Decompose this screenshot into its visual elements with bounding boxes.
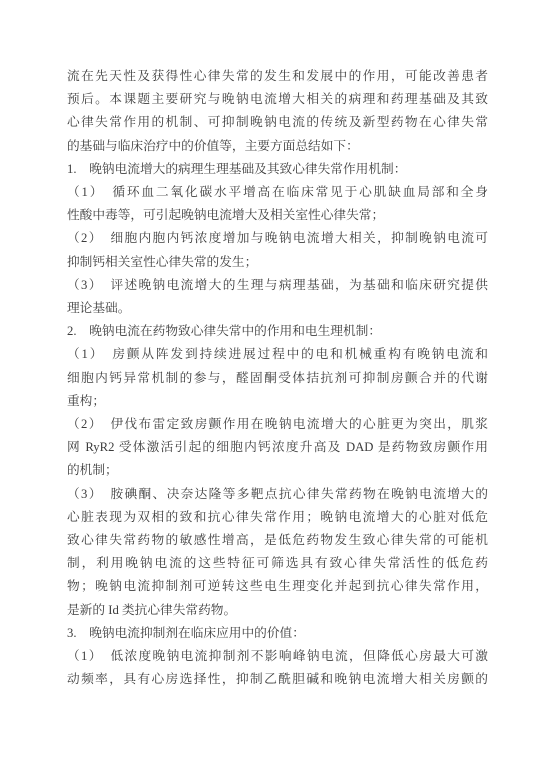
text-line: 抑制钙相关室性心律失常的发生； xyxy=(67,251,488,274)
text-line: 网 RyR2 受体激活引起的细胞内钙浓度升高及 DAD 是药物致房颤作用 xyxy=(67,436,488,459)
text-line: 心律失常作用的机制、可抑制晚钠电流的传统及新型药物在心律失常 xyxy=(67,111,488,134)
document-background: { "page": { "background_color": "#ffffff… xyxy=(0,0,542,768)
text-line: （1） 房颤从阵发到持续进展过程中的电和机械重构有晚钠电流和 xyxy=(67,343,488,366)
text-line: （2） 伊伐布雷定致房颤作用在晚钠电流增大的心脏更为突出，肌浆 xyxy=(67,413,488,436)
text-line: （1） 循环血二氧化碳水平增高在临床常见于心肌缺血局部和全身 xyxy=(67,181,488,204)
document-page: 流在先天性及获得性心律失常的发生和发展中的作用，可能改善患者 预后。本课题主要研… xyxy=(67,65,488,691)
text-line: （1） 低浓度晚钠电流抑制剂不影响峰钠电流，但降低心房最大可激 xyxy=(67,645,488,668)
text-line: 重构； xyxy=(67,390,488,413)
text-line: 流在先天性及获得性心律失常的发生和发展中的作用，可能改善患者 xyxy=(67,65,488,88)
text-line: 制，利用晚钠电流的这些特征可筛选具有致心律失常活性的低危药 xyxy=(67,552,488,575)
section-heading: 1. 晚钠电流增大的病理生理基础及其致心律失常作用机制： xyxy=(67,158,488,181)
text-line: 预后。本课题主要研究与晚钠电流增大相关的病理和药理基础及其致 xyxy=(67,88,488,111)
text-line: 动频率，具有心房选择性，抑制乙酰胆碱和晚钠电流增大相关房颤的 xyxy=(67,668,488,691)
text-line: 理论基础。 xyxy=(67,297,488,320)
text-line: 致心律失常药物的敏感性增高，是低危药物发生致心律失常的可能机 xyxy=(67,529,488,552)
text-line: 物；晚钠电流抑制剂可逆转这些电生理变化并起到抗心律失常作用， xyxy=(67,575,488,598)
text-line: 的机制； xyxy=(67,459,488,482)
text-line: （3） 胺碘酮、决奈达隆等多靶点抗心律失常药物在晚钠电流增大的 xyxy=(67,483,488,506)
text-line: （2） 细胞内胞内钙浓度增加与晚钠电流增大相关，抑制晚钠电流可 xyxy=(67,227,488,250)
text-line: 的基础与临床治疗中的价值等，主要方面总结如下： xyxy=(67,135,488,158)
text-line: 性酸中毒等，可引起晚钠电流增大及相关室性心律失常； xyxy=(67,204,488,227)
text-line: （3） 评述晚钠电流增大的生理与病理基础，为基础和临床研究提供 xyxy=(67,274,488,297)
text-line: 是新的 Id 类抗心律失常药物。 xyxy=(67,599,488,622)
section-heading: 2. 晚钠电流在药物致心律失常中的作用和电生理机制： xyxy=(67,320,488,343)
text-line: 细胞内钙异常机制的参与，醛固酮受体拮抗剂可抑制房颤合并的代谢 xyxy=(67,367,488,390)
section-heading: 3. 晚钠电流抑制剂在临床应用中的价值： xyxy=(67,622,488,645)
text-line: 心脏表现为双相的致和抗心律失常作用；晚钠电流增大的心脏对低危 xyxy=(67,506,488,529)
